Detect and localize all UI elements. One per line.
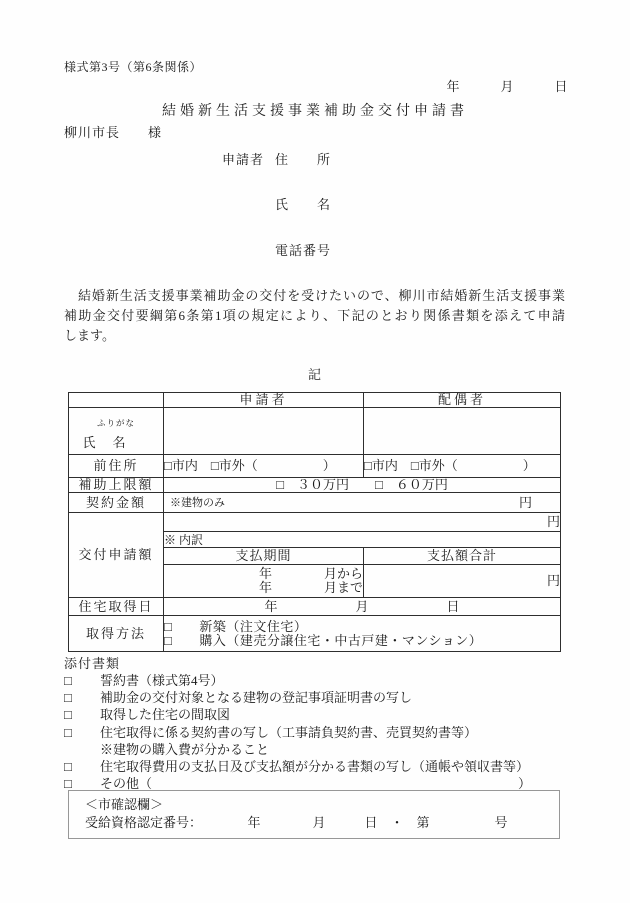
form-number: 様式第3号（第6条関係） <box>64 58 202 75</box>
acquisition-method-cell: □ 新築（注文住宅） □ 購入（建売分譲住宅・中古戸建・マンション） <box>164 616 561 652</box>
name-row: ふりがな 氏 名 <box>69 408 561 455</box>
prev-address-applicant-options: □市内 □市外（ ） <box>164 455 364 478</box>
attachment-item: □ 誓約書（様式第4号） <box>64 672 584 689</box>
city-box-certification-line: 受給資格認定番号： 年 月 日 ・ 第 号 <box>85 814 559 832</box>
prev-address-label: 前住所 <box>69 455 164 478</box>
city-confirmation-box: ＜市確認欄＞ 受給資格認定番号： 年 月 日 ・ 第 号 <box>68 790 560 839</box>
attachment-item: □ 住宅取得に係る契約書の写し（工事請負契約書、売買契約書等） <box>64 724 584 741</box>
addressee: 柳川市長 様 <box>64 122 162 141</box>
body-paragraph: 結婚新生活支援事業補助金の交付を受けたいので、柳川市結婚新生活支援事業 補助金交… <box>64 286 565 346</box>
ki-heading: 記 <box>0 364 630 383</box>
building-only-note: ※建物のみ <box>164 494 225 512</box>
city-box-title: ＜市確認欄＞ <box>85 796 559 814</box>
contract-amount-cell: ※建物のみ 円 <box>164 493 561 513</box>
attachment-item: □ 取得した住宅の間取図 <box>64 706 584 723</box>
checkbox-icon: □ <box>64 706 100 723</box>
corner-cell <box>69 393 164 408</box>
name-row-label: ふりがな 氏 名 <box>69 408 164 455</box>
page-title: 結婚新生活支援事業補助金交付申請書 <box>0 100 630 120</box>
attachment-item: □ 住宅取得費用の支払日及び支払額が分かる書類の写し（通帳や領収書等） <box>64 758 584 775</box>
method-option-new: □ 新築（注文住宅） <box>164 620 560 634</box>
acquisition-method-label: 取得方法 <box>69 616 164 652</box>
payment-period-cell: 年 月から 年 月まで <box>164 565 364 598</box>
method-option-purchase: □ 購入（建売分譲住宅・中古戸建・マンション） <box>164 634 560 648</box>
contract-amount-row: 契約金額 ※建物のみ 円 <box>69 493 561 513</box>
application-amount-row: 交付申請額 円 <box>69 513 561 532</box>
prev-address-row: 前住所 □市内 □市外（ ） □市内 □市外（ ） <box>69 455 561 478</box>
acquisition-method-row: 取得方法 □ 新築（注文住宅） □ 購入（建売分譲住宅・中古戸建・マンション） <box>69 616 561 652</box>
attachment-text: 住宅取得費用の支払日及び支払額が分かる書類の写し（通帳や領収書等） <box>100 758 529 775</box>
col-header-applicant: 申請者 <box>164 393 364 408</box>
attachment-text: 取得した住宅の間取図 <box>100 706 230 723</box>
application-form-page: 様式第3号（第6条関係） 年 月 日 結婚新生活支援事業補助金交付申請書 柳川市… <box>0 0 630 903</box>
spouse-name-cell <box>364 408 561 455</box>
name-label: 氏 名 <box>69 436 163 450</box>
checkbox-icon: □ <box>64 672 100 689</box>
checkbox-icon: □ <box>64 758 100 775</box>
checkbox-icon: □ <box>64 724 100 741</box>
checkbox-icon: □ <box>64 689 100 706</box>
application-table: 申請者 配偶者 ふりがな 氏 名 前住所 □市内 □市外（ ） □市内 □市外（… <box>68 392 561 652</box>
payment-total-cell: 円 <box>364 565 561 598</box>
acquisition-date-cell: 年 月 日 <box>164 598 561 616</box>
date-line: 年 月 日 <box>446 76 568 95</box>
prev-address-spouse-options: □市内 □市外（ ） <box>364 455 561 478</box>
attachments-section: 添付書類 □ 誓約書（様式第4号） □ 補助金の交付対象となる建物の登記事項証明… <box>64 655 584 792</box>
body-line: します。 <box>64 326 565 346</box>
col-header-spouse: 配偶者 <box>364 393 561 408</box>
acquisition-date-row: 住宅取得日 年 月 日 <box>69 598 561 616</box>
subsidy-limit-label: 補助上限額 <box>69 478 164 493</box>
yen-unit: 円 <box>519 494 560 512</box>
contract-amount-label: 契約金額 <box>69 493 164 513</box>
body-line: 結婚新生活支援事業補助金の交付を受けたいので、柳川市結婚新生活支援事業 <box>64 286 565 306</box>
attachment-text: 補助金の交付対象となる建物の登記事項証明書の写し <box>100 689 412 706</box>
applicant-phone-label: 電話番号 <box>275 240 331 259</box>
attachment-note: ※建物の購入費が分かること <box>100 741 584 758</box>
attachment-text: 住宅取得に係る契約書の写し（工事請負契約書、売買契約書等） <box>100 724 477 741</box>
application-amount-label: 交付申請額 <box>69 513 164 598</box>
acquisition-date-label: 住宅取得日 <box>69 598 164 616</box>
breakdown-label: ※ 内訳 <box>164 532 561 548</box>
applicant-name-cell <box>164 408 364 455</box>
attachments-title: 添付書類 <box>64 655 584 672</box>
attachment-item: □ 補助金の交付対象となる建物の登記事項証明書の写し <box>64 689 584 706</box>
applicant-address-label: 住 所 <box>275 149 331 168</box>
period-to: 年 月まで <box>164 581 363 595</box>
period-from: 年 月から <box>164 567 363 581</box>
applicant-name-label: 氏 名 <box>275 194 331 213</box>
payment-total-label: 支払額合計 <box>364 548 561 565</box>
subsidy-limit-options: □ ３０万円 □ ６０万円 <box>164 478 561 493</box>
payment-period-label: 支払期間 <box>164 548 364 565</box>
body-line: 補助金交付要綱第6条第1項の規定により、下記のとおり関係書類を添えて申請 <box>64 306 565 326</box>
attachment-text: 誓約書（様式第4号） <box>100 672 224 689</box>
subsidy-limit-row: 補助上限額 □ ３０万円 □ ６０万円 <box>69 478 561 493</box>
application-amount-cell: 円 <box>164 513 561 532</box>
applicant-label: 申請者 <box>222 149 264 168</box>
furigana-label: ふりがな <box>69 413 163 428</box>
table-header-row: 申請者 配偶者 <box>69 393 561 408</box>
